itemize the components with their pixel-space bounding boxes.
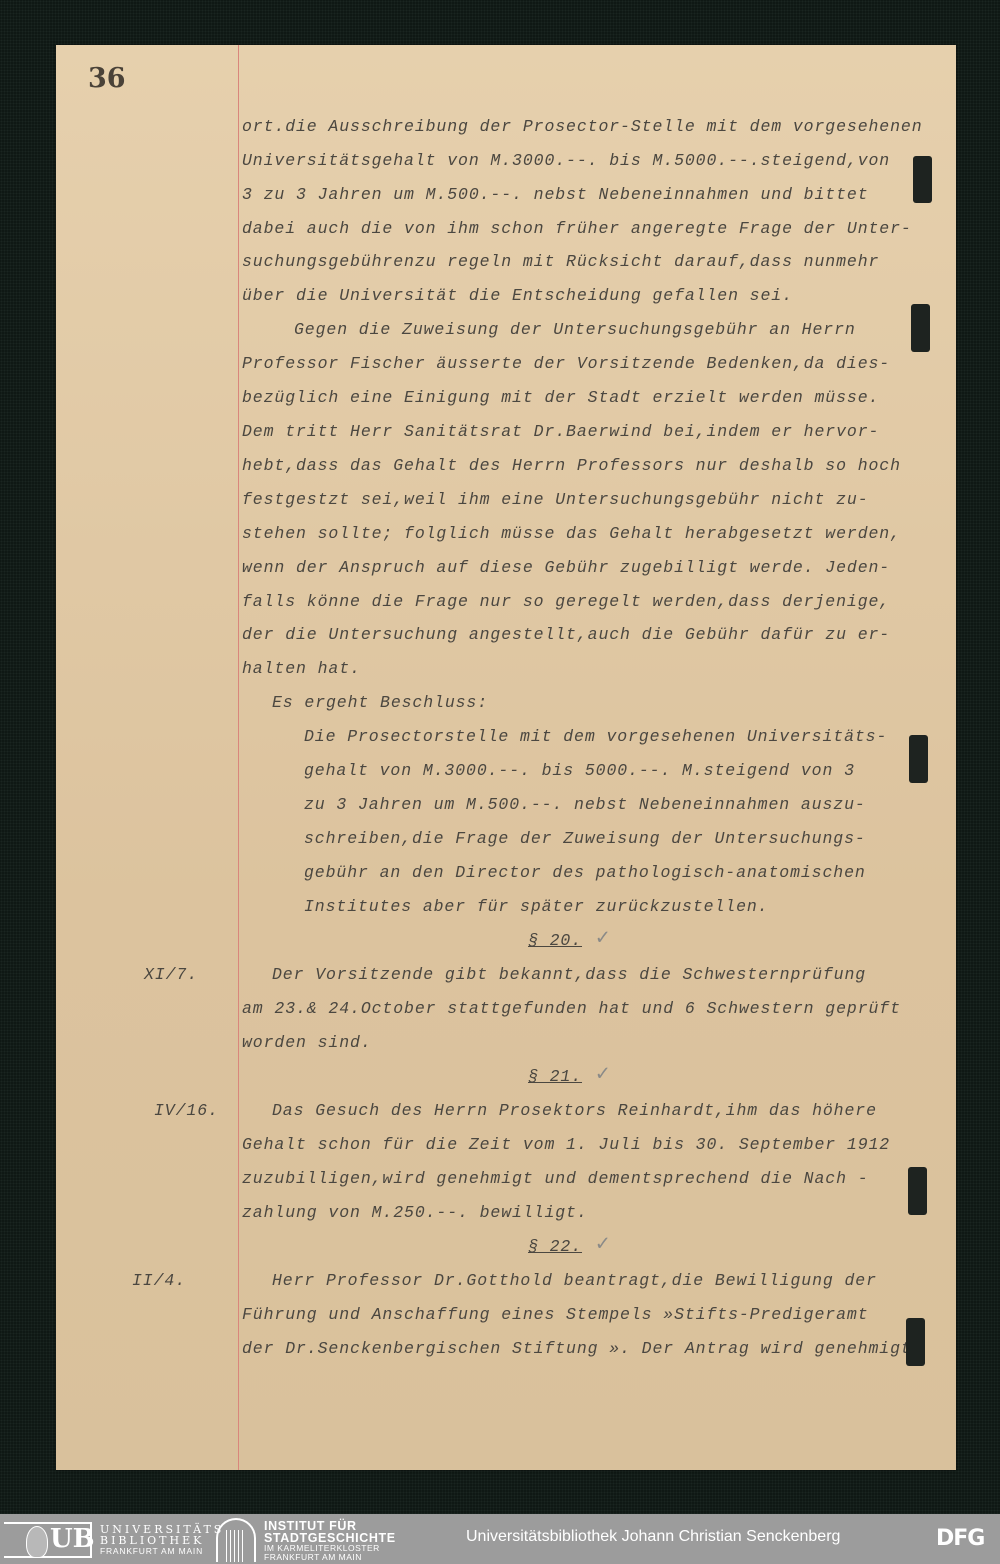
margin-line	[238, 45, 239, 1470]
checkmark-icon: ✓	[596, 925, 609, 951]
isg-line4: FRANKFURT AM MAIN	[264, 1553, 396, 1562]
portrait-icon	[26, 1526, 48, 1558]
text-line: wenn der Anspruch auf diese Gebühr zugeb…	[242, 558, 890, 577]
text-line: worden sind.	[242, 1033, 372, 1052]
section-mark: § 20.	[528, 931, 582, 950]
scan-tab-marker	[906, 1318, 925, 1366]
text-line: stehen sollte; folglich müsse das Gehalt…	[242, 524, 901, 543]
text-line: Führung und Anschaffung eines Stempels »…	[242, 1305, 869, 1324]
document-page: 36 ort.die Ausschreibung der Prosector-S…	[56, 45, 956, 1470]
text-line: hebt,dass das Gehalt des Herrn Professor…	[242, 456, 901, 475]
scan-tab-marker	[913, 156, 932, 203]
scan-tab-marker	[911, 304, 930, 352]
scan-tab-marker	[908, 1167, 927, 1215]
checkmark-icon: ✓	[596, 1231, 609, 1257]
dfg-logo[interactable]: DFG	[936, 1526, 984, 1551]
text-line: gebühr an den Director des pathologisch-…	[304, 863, 866, 882]
ub-letters: UB	[50, 1524, 95, 1554]
text-line: am 23.& 24.October stattgefunden hat und…	[242, 999, 901, 1018]
text-line: Es ergeht Beschluss:	[272, 693, 488, 712]
text-line: über die Universität die Entscheidung ge…	[242, 286, 793, 305]
text-line: zu 3 Jahren um M.500.--. nebst Nebeneinn…	[304, 795, 866, 814]
section-mark: § 21.	[528, 1067, 582, 1086]
section-mark: § 22.	[528, 1237, 582, 1256]
text-line: suchungsgebührenzu regeln mit Rücksicht …	[242, 252, 879, 271]
text-line: Gegen die Zuweisung der Untersuchungsgeb…	[294, 320, 856, 339]
footer-title[interactable]: Universitätsbibliothek Johann Christian …	[466, 1528, 840, 1546]
text-line: Herr Professor Dr.Gotthold beantragt,die…	[272, 1271, 877, 1290]
ub-line3: FRANKFURT AM MAIN	[100, 1546, 224, 1557]
text-line: Professor Fischer äusserte der Vorsitzen…	[242, 354, 890, 373]
ub-logo[interactable]: UB UNIVERSITÄTS BIBLIOTHEK FRANKFURT AM …	[4, 1518, 200, 1562]
text-line: schreiben,die Frage der Zuweisung der Un…	[304, 829, 866, 848]
text-line: halten hat.	[242, 659, 361, 678]
text-line: gehalt von M.3000.--. bis 5000.--. M.ste…	[304, 761, 855, 780]
text-line: ort.die Ausschreibung der Prosector-Stel…	[242, 117, 923, 136]
arch-icon	[216, 1518, 256, 1562]
text-line: Gehalt schon für die Zeit vom 1. Juli bi…	[242, 1135, 890, 1154]
page-number: 36	[88, 63, 126, 94]
text-line: Der Vorsitzende gibt bekannt,dass die Sc…	[272, 965, 866, 984]
text-line: zuzubilligen,wird genehmigt und dementsp…	[242, 1169, 869, 1188]
text-line: Institutes aber für später zurückzustell…	[304, 897, 768, 916]
checkmark-icon: ✓	[596, 1061, 609, 1087]
text-line: Das Gesuch des Herrn Prosektors Reinhard…	[272, 1101, 877, 1120]
text-line: Die Prosectorstelle mit dem vorgesehenen…	[304, 727, 887, 746]
text-line: festgestzt sei,weil ihm eine Untersuchun…	[242, 490, 869, 509]
margin-reference: XI/7.	[144, 965, 198, 984]
ub-line2: BIBLIOTHEK	[100, 1535, 224, 1546]
text-line: dabei auch die von ihm schon früher ange…	[242, 219, 912, 238]
isg-logo-text[interactable]: INSTITUT FÜR STADTGESCHICHTE IM KARMELIT…	[264, 1520, 396, 1562]
ub-logo-text: UNIVERSITÄTS BIBLIOTHEK FRANKFURT AM MAI…	[100, 1524, 224, 1557]
text-line: Universitätsgehalt von M.3000.--. bis M.…	[242, 151, 890, 170]
text-line: 3 zu 3 Jahren um M.500.--. nebst Nebenei…	[242, 185, 869, 204]
footer-bar: UB UNIVERSITÄTS BIBLIOTHEK FRANKFURT AM …	[0, 1514, 1000, 1564]
text-line: falls könne die Frage nur so geregelt we…	[242, 592, 890, 611]
text-line: Dem tritt Herr Sanitätsrat Dr.Baerwind b…	[242, 422, 879, 441]
text-line: zahlung von M.250.--. bewilligt.	[242, 1203, 588, 1222]
text-line: der Dr.Senckenbergischen Stiftung ». Der…	[242, 1339, 912, 1358]
text-line: bezüglich eine Einigung mit der Stadt er…	[242, 388, 879, 407]
text-line: der die Untersuchung angestellt,auch die…	[242, 625, 890, 644]
margin-reference: II/4.	[132, 1271, 186, 1290]
margin-reference: IV/16.	[154, 1101, 219, 1120]
scan-tab-marker	[909, 735, 928, 783]
